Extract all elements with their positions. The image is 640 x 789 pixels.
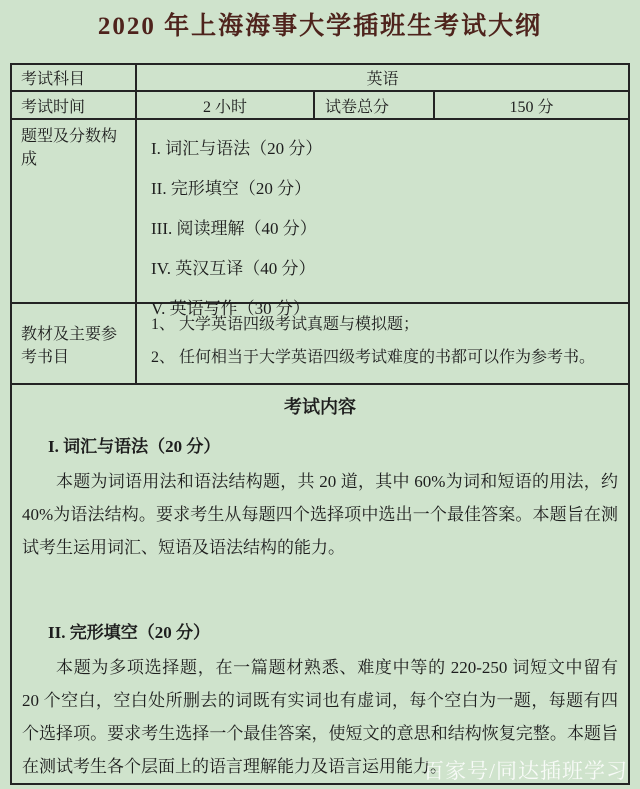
subject-label: 考试科目 [12,65,137,90]
time-value: 2 小时 [137,92,315,118]
materials-list: 1、 大学英语四级考试真题与模拟题； 2、 任何相当于大学英语四级考试难度的书都… [137,304,628,383]
structure-item: II. 完形填空（20 分） [151,174,620,199]
watermark: 百家号/同达插班学习 [423,755,628,785]
subject-value: 英语 [137,65,628,90]
table-row-structure: 题型及分数构成 I. 词汇与语法（20 分） II. 完形填空（20 分） II… [12,120,628,304]
materials-item: 2、 任何相当于大学英语四级考试难度的书都可以作为参考书。 [151,344,620,367]
exam-content-section: 考试内容 I. 词汇与语法（20 分） 本题为词语用法和语法结构题，共 20 道… [12,385,628,783]
page-title: 2020 年上海海事大学插班生考试大纲 [0,6,640,42]
table-row-time-total: 考试时间 2 小时 试卷总分 150 分 [12,92,628,120]
materials-label: 教材及主要参考书目 [12,304,137,383]
structure-item: III. 阅读理解（40 分） [151,214,620,239]
total-score-value: 150 分 [435,92,628,118]
time-label: 考试时间 [12,92,137,118]
total-score-label: 试卷总分 [315,92,435,118]
structure-item: IV. 英汉互译（40 分） [151,254,620,279]
structure-item: I. 词汇与语法（20 分） [151,134,620,159]
structure-list: I. 词汇与语法（20 分） II. 完形填空（20 分） III. 阅读理解（… [137,120,628,302]
section-2-title: II. 完形填空（20 分） [48,618,618,643]
table-row-materials: 教材及主要参考书目 1、 大学英语四级考试真题与模拟题； 2、 任何相当于大学英… [12,304,628,385]
materials-item: 1、 大学英语四级考试真题与模拟题； [151,311,620,334]
section-1-body: 本题为词语用法和语法结构题，共 20 道，其中 60%为词和短语的用法，约 40… [22,465,618,564]
exam-info-table: 考试科目 英语 考试时间 2 小时 试卷总分 150 分 题型及分数构成 I. … [10,63,630,785]
table-row-content: 考试内容 I. 词汇与语法（20 分） 本题为词语用法和语法结构题，共 20 道… [12,385,628,783]
content-heading: 考试内容 [22,393,618,419]
structure-label: 题型及分数构成 [12,120,137,302]
section-1-title: I. 词汇与语法（20 分） [48,432,618,457]
document-page: 2020 年上海海事大学插班生考试大纲 考试科目 英语 考试时间 2 小时 试卷… [0,0,640,789]
table-row-subject: 考试科目 英语 [12,65,628,92]
